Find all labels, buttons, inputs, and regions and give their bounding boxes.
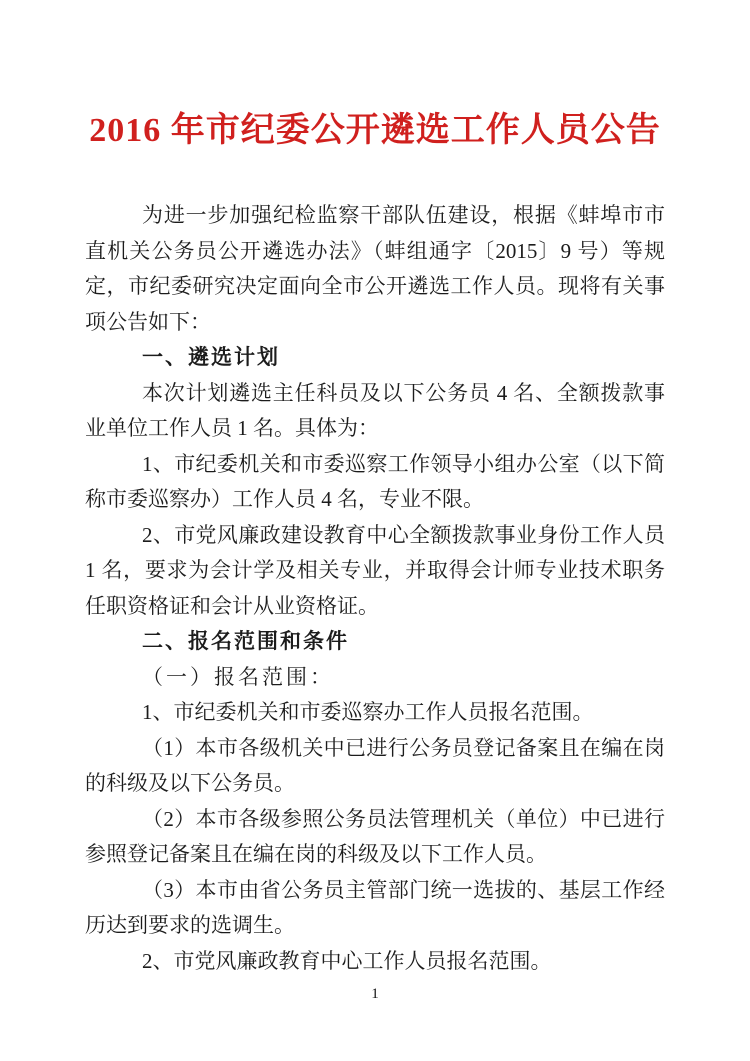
document-page: 2016 年市纪委公开遴选工作人员公告 为进一步加强纪检监察干部队伍建设，根据《… xyxy=(0,0,750,1061)
paragraph-scope-item-2: 2、市党风廉政教育中心工作人员报名范围。 xyxy=(85,944,665,980)
subsection-heading-scope: （一）报名范围： xyxy=(85,660,665,696)
section-heading-selection-plan: 一、遴选计划 xyxy=(85,340,665,376)
section-heading-registration-scope: 二、报名范围和条件 xyxy=(85,624,665,660)
paragraph-intro: 为进一步加强纪检监察干部队伍建设，根据《蚌埠市市直机关公务员公开遴选办法》（蚌组… xyxy=(85,198,665,340)
paragraph-plan-item-1: 1、市纪委机关和市委巡察工作领导小组办公室（以下简称市委巡察办）工作人员 4 名… xyxy=(85,447,665,518)
page-number: 1 xyxy=(0,986,750,1003)
paragraph-plan-item-2: 2、市党风廉政建设教育中心全额拨款事业身份工作人员 1 名，要求为会计学及相关专… xyxy=(85,518,665,625)
paragraph-scope-item-1-3: （3）本市由省公务员主管部门统一选拔的、基层工作经历达到要求的选调生。 xyxy=(85,873,665,944)
paragraph-plan-overview: 本次计划遴选主任科员及以下公务员 4 名、全额拨款事业单位工作人员 1 名。具体… xyxy=(85,376,665,447)
paragraph-scope-item-1-2: （2）本市各级参照公务员法管理机关（单位）中已进行参照登记备案且在编在岗的科级及… xyxy=(85,802,665,873)
paragraph-scope-item-1-1: （1）本市各级机关中已进行公务员登记备案且在编在岗的科级及以下公务员。 xyxy=(85,731,665,802)
document-content: 2016 年市纪委公开遴选工作人员公告 为进一步加强纪检监察干部队伍建设，根据《… xyxy=(85,108,665,979)
page-title: 2016 年市纪委公开遴选工作人员公告 xyxy=(85,108,665,154)
paragraph-scope-item-1: 1、市纪委机关和市委巡察办工作人员报名范围。 xyxy=(85,695,665,731)
